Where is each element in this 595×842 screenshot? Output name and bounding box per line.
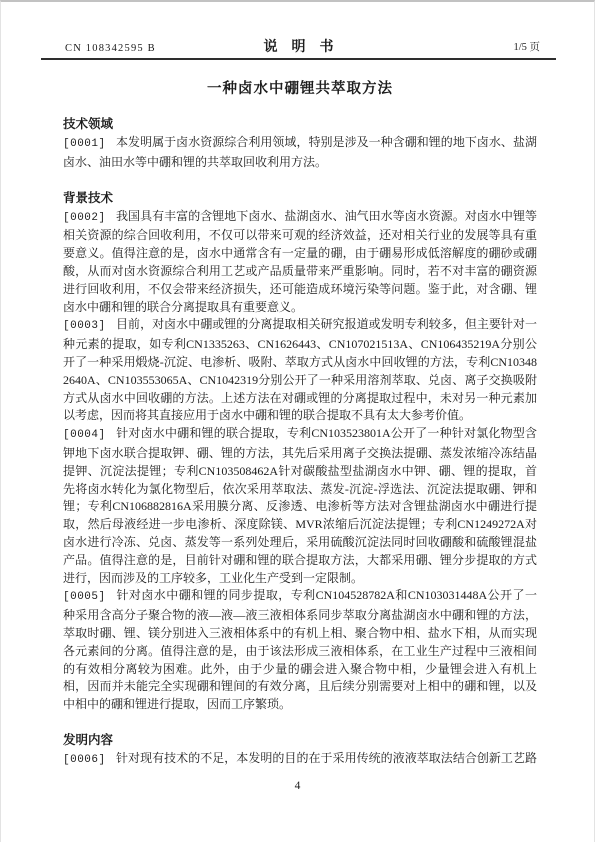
invention-title: 一种卤水中硼锂共萃取方法: [63, 77, 537, 98]
document-body: 一种卤水中硼锂共萃取方法 技术领域 [0001]本发明属于卤水资源综合利用领域，…: [63, 77, 537, 770]
paragraph-number: [0004]: [63, 427, 116, 445]
paragraph-0001: [0001]本发明属于卤水资源综合利用领域，特别是涉及一种含硼和锂的地下卤水、盐…: [63, 134, 537, 172]
paragraph-number: [0006]: [63, 752, 116, 770]
paragraph-0006: [0006]针对现有技术的不足，本发明的目的在于采用传统的液液萃取法结合创新工艺…: [63, 750, 537, 770]
sheet-page-indicator: 1/5 页: [513, 39, 540, 54]
paragraph-number: [0002]: [63, 210, 116, 228]
document-type-label: 说明书: [41, 36, 556, 56]
section-heading-technical-field: 技术领域: [63, 114, 537, 132]
page-header: CN 108342595 B 说明书 1/5 页: [41, 36, 556, 60]
paragraph-number: [0001]: [63, 136, 116, 154]
paragraph-number: [0003]: [63, 318, 116, 336]
patent-document-page: CN 108342595 B 说明书 1/5 页 一种卤水中硼锂共萃取方法 技术…: [0, 0, 595, 842]
paragraph-text: 本发明属于卤水资源综合利用领域，特别是涉及一种含硼和锂的地下卤水、盐湖卤水、油田…: [63, 135, 537, 169]
page-footer: 4: [1, 780, 594, 792]
paragraph-0005: [0005]针对卤水中硼和锂的同步提取，专利CN104528782A和CN103…: [63, 587, 537, 714]
page-number: 4: [295, 780, 301, 792]
section-heading-summary-of-invention: 发明内容: [63, 730, 537, 748]
paragraph-text: 针对卤水中硼和锂的联合提取，专利CN103523801A公开了一种针对氯化物型含…: [63, 426, 537, 584]
paragraph-text: 针对现有技术的不足，本发明的目的在于采用传统的液液萃取法结合创新工艺路: [116, 751, 537, 765]
paragraph-0003: [0003]目前，对卤水中硼或锂的分离提取相关研究报道或发明专利较多，但主要针对…: [63, 316, 537, 425]
paragraph-0002: [0002]我国具有丰富的含锂地下卤水、盐湖卤水、油气田水等卤水资源。对卤水中锂…: [63, 208, 537, 317]
paragraph-text: 目前，对卤水中硼或锂的分离提取相关研究报道或发明专利较多，但主要针对一种元素的提…: [63, 317, 537, 422]
paragraph-text: 我国具有丰富的含锂地下卤水、盐湖卤水、油气田水等卤水资源。对卤水中锂等相关资源的…: [63, 209, 537, 314]
paragraph-0004: [0004]针对卤水中硼和锂的联合提取，专利CN103523801A公开了一种针…: [63, 425, 537, 587]
paragraph-text: 针对卤水中硼和锂的同步提取，专利CN104528782A和CN103031448…: [63, 588, 537, 711]
section-heading-background-art: 背景技术: [63, 188, 537, 206]
paragraph-number: [0005]: [63, 589, 116, 607]
